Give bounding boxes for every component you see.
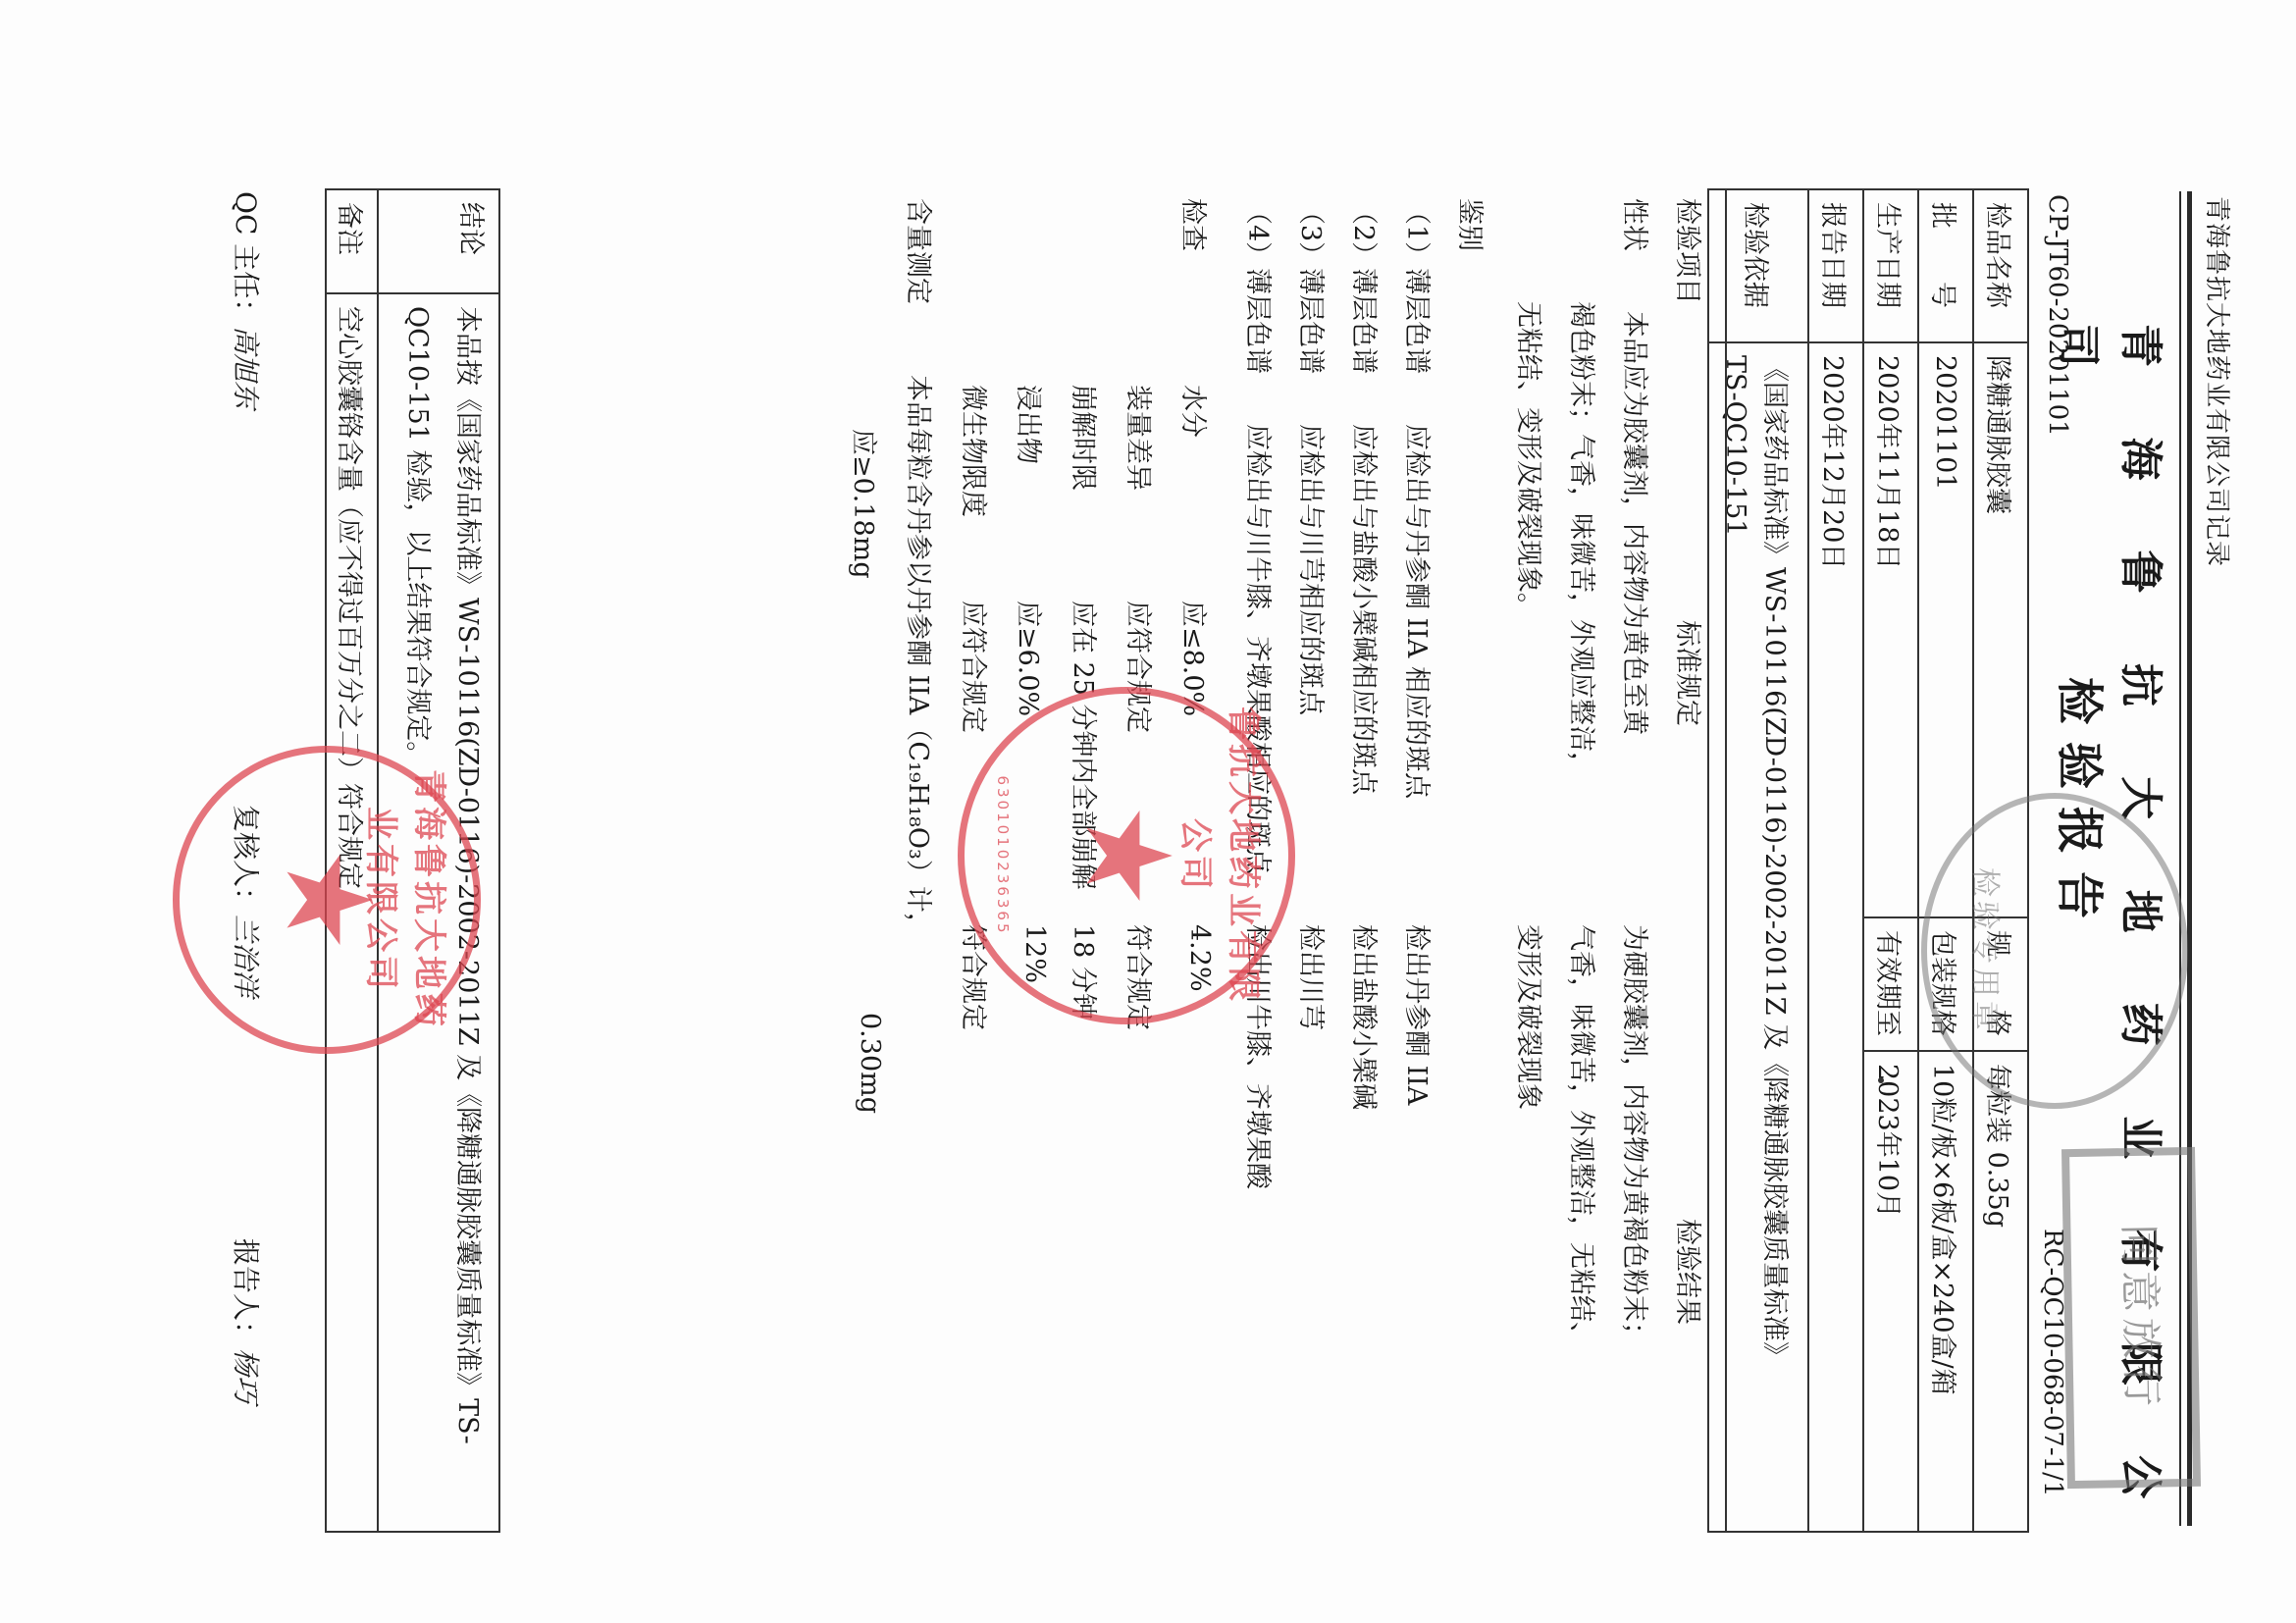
identification-label: 鉴别 — [1453, 198, 1491, 251]
company-red-seal: 鲁抗大地药业有限公司 ★ 6301010236365 — [958, 687, 1295, 1024]
spec: 每粒装 0.35g — [1973, 1051, 2028, 1532]
identification-2-name: （2）薄层色谱 — [1347, 198, 1385, 374]
star-icon: ★ — [1068, 803, 1185, 909]
inspection-label: 检查 — [1176, 198, 1215, 251]
column-item-header: 检验项目 — [1671, 198, 1709, 304]
identification-3-result: 检出川芎 — [1294, 924, 1332, 1030]
production-date: 2020年11月18日 — [1863, 342, 1918, 917]
record-title: 青海鲁抗大地药业有限公司记录 — [2201, 196, 2237, 567]
assay-standard-1: 本品每粒含丹参以丹参酮 IIA（C₁₉H₁₈O₃）计， — [902, 375, 940, 939]
assay-label: 含量测定 — [902, 198, 940, 304]
appearance-result-2: 气香，味微苦，外观整洁，无粘结、 — [1565, 924, 1603, 1348]
batch-label: 批 号 — [1918, 189, 1973, 342]
qc-red-seal: 青海鲁抗大地药业有限公司 ★ — [173, 746, 481, 1054]
report-date: 2020年12月20日 — [1808, 342, 1863, 1532]
reporter-name: 杨巧 — [230, 1348, 262, 1403]
scanned-page: 青海鲁抗大地药业有限公司记录 青 海 鲁 抗 大 地 药 业 有 限 公 司 检… — [0, 0, 2296, 1623]
identification-3-standard: 应检出与川芎相应的斑点 — [1294, 424, 1332, 715]
identification-2-standard: 应检出与盐酸小檗碱相应的斑点 — [1347, 424, 1385, 795]
doc-code-left: CP-JT60-20201101 — [2043, 194, 2072, 437]
qc-red-seal-text: 青海鲁抗大地药业有限公司 — [360, 753, 456, 1047]
production-date-label: 生产日期 — [1863, 189, 1918, 342]
inspection-1-name: 水分 — [1176, 385, 1215, 438]
column-result-header: 检验结果 — [1671, 1219, 1709, 1325]
qa-release-stamp: 同意放行 — [2061, 1147, 2201, 1489]
identification-1-standard: 应检出与丹参酮 IIA 相应的斑点 — [1400, 424, 1438, 799]
appearance-standard-2: 褐色粉末；气香，味微苦，外观应整洁， — [1565, 301, 1603, 778]
assay-standard-2: 应≥0.18mg — [847, 429, 885, 579]
scan-speck — [1878, 1077, 1884, 1083]
remarks-label: 备注 — [326, 189, 378, 293]
identification-2-result: 检出盐酸小檗碱 — [1347, 924, 1385, 1110]
product-name-label: 检品名称 — [1973, 189, 2028, 342]
qa-release-text: 同意放行 — [2111, 1155, 2175, 1480]
inspection-5-standard: 应符合规定 — [957, 601, 995, 733]
inspection-report-page: 青海鲁抗大地药业有限公司记录 青 海 鲁 抗 大 地 药 业 有 限 公 司 检… — [0, 0, 2296, 1623]
basis-line-1: 《国家药品标准》WS-10116(ZD-0116)-2002-2011Z 及《降… — [1758, 355, 1797, 1519]
batch-number: 20201101 — [1918, 342, 1973, 917]
inspection-seal-stamp: 检验专用章 — [1921, 793, 2188, 1109]
package-spec: 10粒/板×6板/盒×240盒/箱 — [1918, 1051, 1973, 1532]
assay-result: 0.30mg — [855, 1013, 885, 1114]
inspection-4-name: 浸出物 — [1012, 385, 1050, 464]
inspection-5-name: 微生物限度 — [957, 385, 995, 517]
appearance-standard-1: 本品应为胶囊剂，内容物为黄色至黄 — [1618, 311, 1656, 735]
expiry-date: 2023年10月 — [1863, 1051, 1918, 1532]
inspection-4-standard: 应≥6.0% — [1012, 601, 1050, 716]
reporter-label: 报告人： — [230, 1238, 262, 1348]
qc-director-label: QC 主任： — [230, 191, 262, 326]
report-date-label: 报告日期 — [1808, 189, 1863, 342]
conclusion-label: 结论 — [378, 189, 499, 293]
company-red-seal-code: 6301010236365 — [994, 694, 1012, 1018]
qc-director-signature: QC 主任：高旭东 — [228, 191, 267, 408]
company-red-seal-text: 鲁抗大地药业有限公司 — [1174, 694, 1271, 1018]
qc-director-name: 高旭东 — [230, 326, 262, 408]
appearance-result-3: 变形及破裂现象 — [1512, 924, 1550, 1110]
inspection-3-name: 崩解时限 — [1067, 385, 1105, 491]
appearance-standard-3: 无粘结、变形及破裂现象。 — [1512, 301, 1550, 619]
inspection-seal-text: 检验专用章 — [1966, 799, 2009, 1103]
appearance-label: 性状 — [1618, 198, 1656, 251]
inspection-2-name: 装量差异 — [1122, 385, 1160, 491]
identification-4-name: （4）薄层色谱 — [1241, 198, 1279, 374]
identification-1-result: 检出丹参酮 IIA — [1400, 924, 1438, 1105]
expiry-label: 有效期至 — [1863, 917, 1918, 1051]
identification-3-name: （3）薄层色谱 — [1294, 198, 1332, 374]
reporter-signature: 报告人：杨巧 — [228, 1238, 267, 1403]
column-standard-header: 标准规定 — [1671, 620, 1709, 726]
identification-1-name: （1）薄层色谱 — [1400, 198, 1438, 374]
appearance-result-1: 为硬胶囊剂，内容物为黄褐色粉末； — [1618, 924, 1656, 1348]
